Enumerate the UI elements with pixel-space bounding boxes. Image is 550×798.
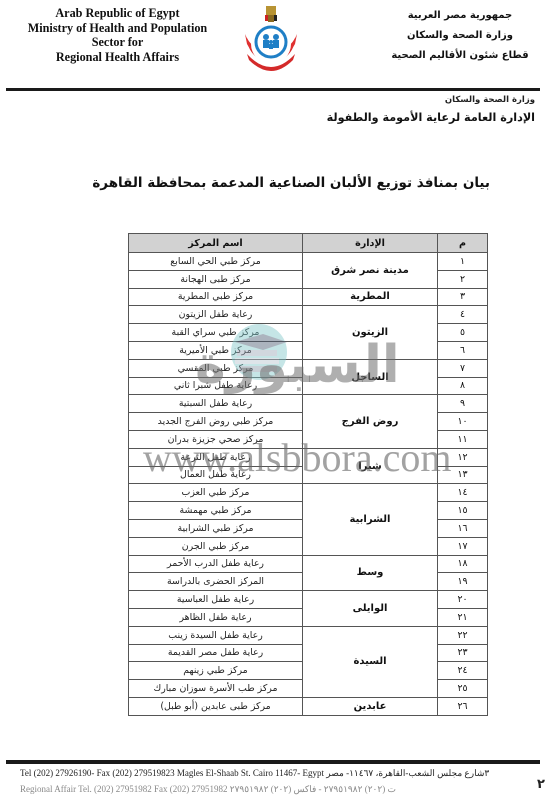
administration-cell: المطرية (303, 288, 438, 306)
row-number: ٢٤ (438, 662, 488, 680)
center-name-cell: مركز طبي المطرية (129, 288, 303, 306)
column-header-administration: الإدارة (303, 234, 438, 253)
table-row: ٩ روض الفرج رعاية طفل السبتية (129, 395, 488, 413)
watermark-url: www.alsbbora.com (143, 434, 451, 481)
footer-contact-line-2: Regional Affair Tel. (202) 27951982 Fax … (20, 784, 396, 795)
arabic-header-line-2: وزارة الصحة والسكان (385, 26, 535, 46)
center-name-cell: مركز طبى عابدين (أبو طبل) (129, 697, 303, 715)
center-name-cell: مركز طبي الجرن (129, 537, 303, 555)
administration-cell: مدينة نصر شرق (303, 253, 438, 289)
eagle-emblem-icon (265, 6, 277, 22)
row-number: ٢٠ (438, 591, 488, 609)
administration-cell: وسط (303, 555, 438, 591)
table-header-row: م الإدارة اسم المركز (129, 234, 488, 253)
row-number: ٢١ (438, 608, 488, 626)
english-header-line-4: Regional Health Affairs (10, 50, 225, 65)
table-row: ١ مدينة نصر شرق مركز طبي الحي السابع (129, 253, 488, 271)
row-number: ١٤ (438, 484, 488, 502)
center-name-cell: المركز الحضرى بالدراسة (129, 573, 303, 591)
page-number: ٢ (537, 777, 545, 792)
row-number: ٦ (438, 341, 488, 359)
table-row: ٣ المطرية مركز طبي المطرية (129, 288, 488, 306)
english-header-line-3: Sector for (10, 35, 225, 50)
administration-cell: الشرابية (303, 484, 438, 555)
center-name-cell: مركز طبى الهجانة (129, 270, 303, 288)
row-number: ١٩ (438, 573, 488, 591)
general-directorate-label: الإدارة العامة لرعاية الأمومة والطفولة (327, 111, 535, 124)
document-title: بيان بمنافذ توزيع الألبان الصناعية المدع… (92, 175, 490, 191)
watermark-arabic-text: السبورة (195, 335, 400, 395)
table-row: ٢٢ السيدة رعاية طفل السيدة زينب (129, 626, 488, 644)
ministry-label: وزارة الصحة والسكان (445, 95, 535, 105)
center-name-cell: رعاية طفل السيدة زينب (129, 626, 303, 644)
center-name-cell: رعاية طفل الدرب الأحمر (129, 555, 303, 573)
column-header-center-name: اسم المركز (129, 234, 303, 253)
row-number: ٢٦ (438, 697, 488, 715)
row-number: ١٦ (438, 519, 488, 537)
center-name-cell: مركز طبي الشرابية (129, 519, 303, 537)
row-number: ٢٣ (438, 644, 488, 662)
english-header-line-2: Ministry of Health and Population (10, 21, 225, 36)
row-number: ٣ (438, 288, 488, 306)
row-number: ١٠ (438, 413, 488, 431)
center-name-cell: رعاية طفل الظاهر (129, 608, 303, 626)
administration-cell: الوايلى (303, 591, 438, 627)
row-number: ٢ (438, 270, 488, 288)
row-number: ٩ (438, 395, 488, 413)
center-name-cell: رعاية طفل العباسية (129, 591, 303, 609)
center-name-cell: رعاية طفل مصر القديمة (129, 644, 303, 662)
arabic-letterhead: جمهورية مصر العربية وزارة الصحة والسكان … (385, 6, 535, 66)
center-name-cell: مركز طبي زينهم (129, 662, 303, 680)
table-row: ٢٠ الوايلى رعاية طفل العباسية (129, 591, 488, 609)
ministry-logo-icon (239, 4, 303, 76)
english-letterhead: Arab Republic of Egypt Ministry of Healt… (10, 6, 225, 64)
arabic-header-line-1: جمهورية مصر العربية (385, 6, 535, 26)
row-number: ٢٥ (438, 680, 488, 698)
center-name-cell: مركز طبي روض الفرج الجديد (129, 413, 303, 431)
header-divider (6, 88, 540, 91)
center-name-cell: مركز طبي العزب (129, 484, 303, 502)
row-number: ١٨ (438, 555, 488, 573)
row-number: ٥ (438, 324, 488, 342)
row-number: ٧ (438, 359, 488, 377)
column-header-num: م (438, 234, 488, 253)
row-number: ٢٢ (438, 626, 488, 644)
table-row: ٢٦ عابدين مركز طبى عابدين (أبو طبل) (129, 697, 488, 715)
table-row: ١٤ الشرابية مركز طبي العزب (129, 484, 488, 502)
table-row: ١٨ وسط رعاية طفل الدرب الأحمر (129, 555, 488, 573)
row-number: ٤ (438, 306, 488, 324)
english-header-line-1: Arab Republic of Egypt (10, 6, 225, 21)
table-row: ٤ الزيتون رعاية طفل الزيتون (129, 306, 488, 324)
center-name-cell: مركز طب الأسرة سوزان مبارك (129, 680, 303, 698)
center-name-cell: مركز طبي مهمشة (129, 502, 303, 520)
row-number: ٨ (438, 377, 488, 395)
administration-cell: السيدة (303, 626, 438, 697)
arabic-header-line-3: قطاع شئون الأقاليم الصحية (385, 46, 535, 66)
row-number: ١ (438, 253, 488, 271)
footer-contact-line-1: Tel (202) 27926190- Fax (202) 279519823 … (20, 768, 489, 779)
center-name-cell: رعاية طفل السبتية (129, 395, 303, 413)
administration-cell: عابدين (303, 697, 438, 715)
row-number: ١٥ (438, 502, 488, 520)
row-number: ١٧ (438, 537, 488, 555)
center-name-cell: مركز طبي الحي السابع (129, 253, 303, 271)
footer-divider (6, 760, 540, 764)
